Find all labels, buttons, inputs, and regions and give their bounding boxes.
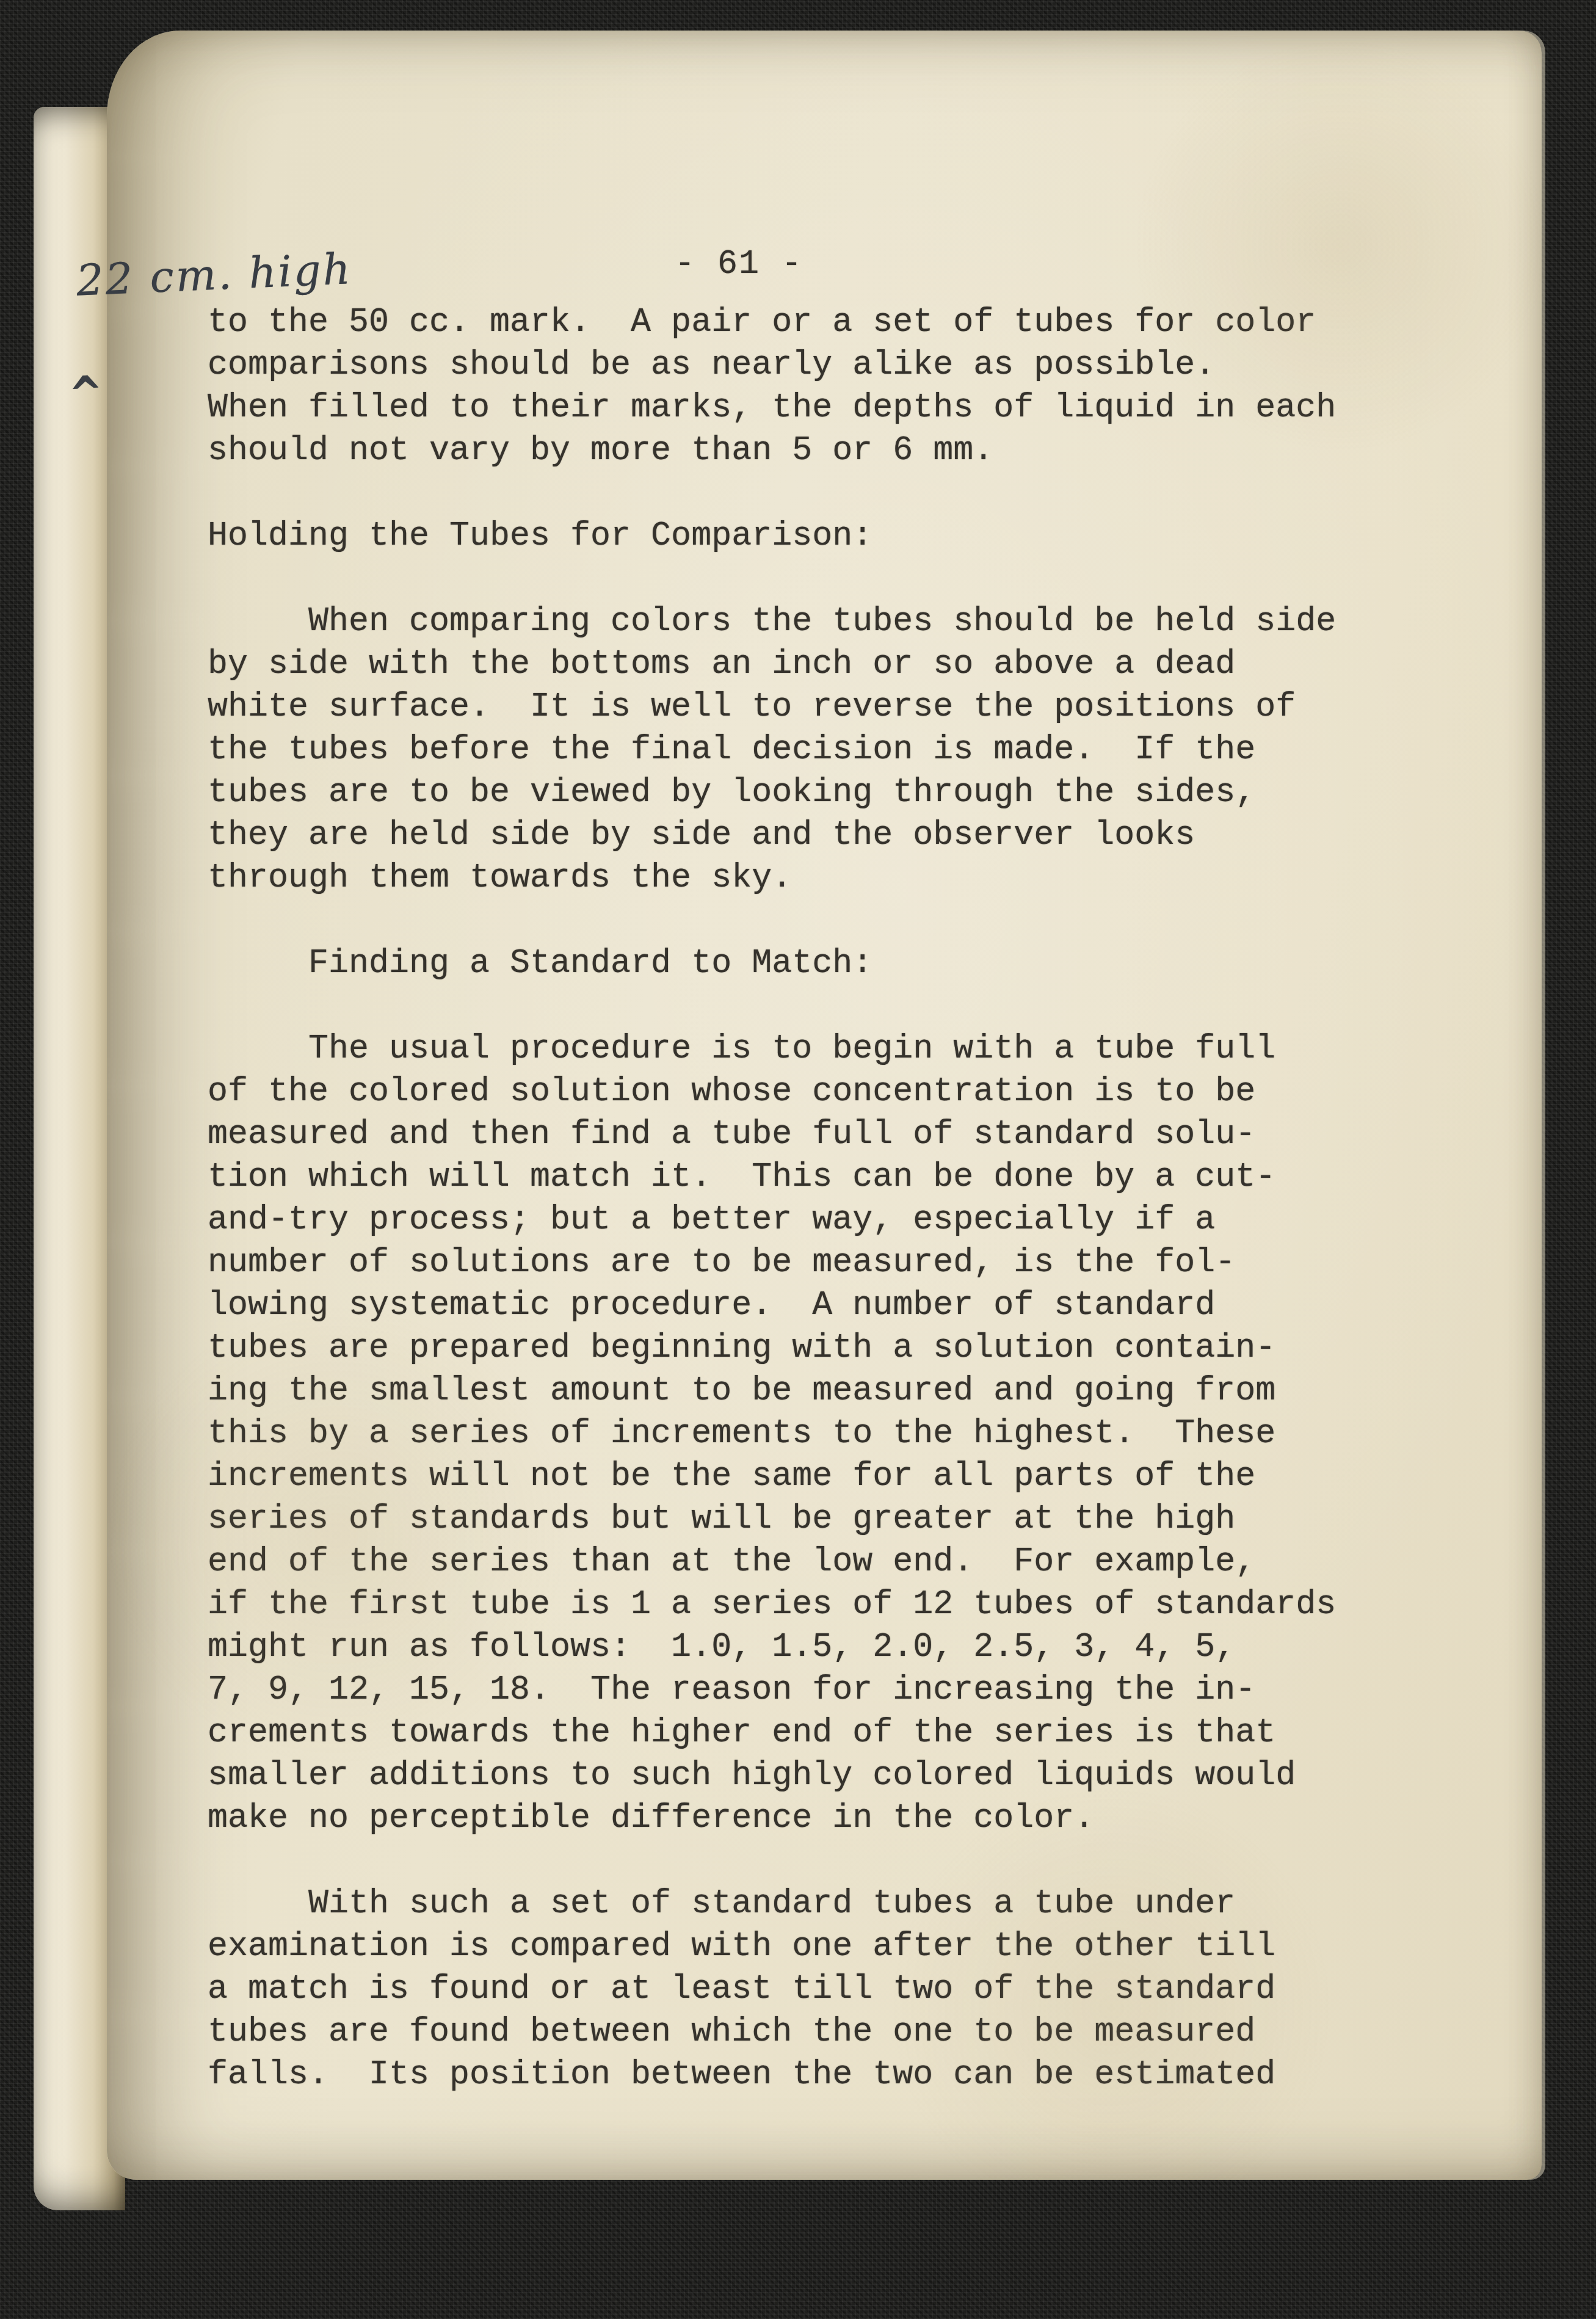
paragraph-tube-matching-continued: to the 50 cc. mark. A pair or a set of t… (208, 301, 1423, 472)
typewritten-page: 22 cm. high ^ - 61 - to the 50 cc. mark.… (107, 31, 1542, 2180)
margin-caret-mark: ^ (68, 368, 104, 419)
handwritten-size-annotation: 22 cm. high (75, 244, 353, 305)
section-heading-finding-standard: Finding a Standard to Match: (208, 942, 1423, 985)
page-number: - 61 - (675, 243, 803, 286)
book-scan-background: 22 cm. high ^ - 61 - to the 50 cc. mark.… (0, 0, 1596, 2319)
section-heading-holding-tubes: Holding the Tubes for Comparison: (208, 515, 1423, 557)
paragraph-comparison-procedure: With such a set of standard tubes a tube… (208, 1882, 1423, 2096)
paragraph-finding-standard: The usual procedure is to begin with a t… (208, 1028, 1423, 1840)
paragraph-holding-tubes: When comparing colors the tubes should b… (208, 600, 1423, 899)
typewritten-text-block: to the 50 cc. mark. A pair or a set of t… (208, 301, 1423, 2096)
